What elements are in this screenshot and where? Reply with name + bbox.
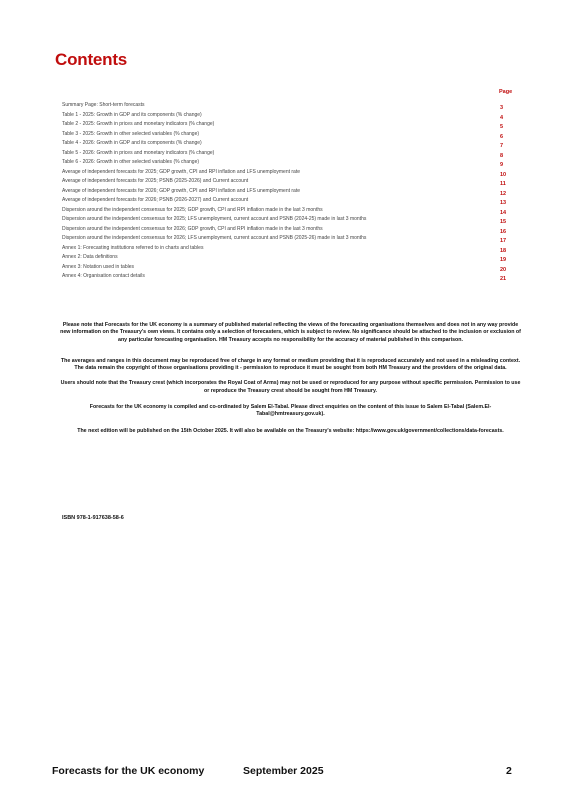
toc-entry[interactable]: Dispersion around the independent consen…: [62, 235, 522, 245]
note-contact[interactable]: Forecasts for the UK economy is compiled…: [58, 404, 523, 419]
note-copyright: The averages and ranges in this document…: [58, 358, 523, 373]
toc-entry-label[interactable]: Average of independent forecasts for 202…: [62, 178, 248, 184]
toc-entry-page[interactable]: 16: [500, 229, 514, 235]
footer-title: Forecasts for the UK economy: [52, 765, 204, 777]
toc-entry-label[interactable]: Annex 3: Notation used in tables: [62, 264, 134, 270]
toc-entry[interactable]: Table 3 - 2025: Growth in other selected…: [62, 131, 522, 141]
toc-entry-page[interactable]: 8: [500, 153, 514, 159]
toc-entry-label[interactable]: Table 2 - 2025: Growth in prices and mon…: [62, 121, 214, 127]
toc-entry-page[interactable]: 12: [500, 191, 514, 197]
toc-entry-label[interactable]: Table 5 - 2026: Growth in prices and mon…: [62, 150, 214, 156]
toc-entry[interactable]: Dispersion around the independent consen…: [62, 226, 522, 236]
toc-entry-label[interactable]: Dispersion around the independent consen…: [62, 226, 323, 232]
toc-entry-page[interactable]: 19: [500, 257, 514, 263]
note-disclaimer: Please note that Forecasts for the UK ec…: [58, 322, 523, 344]
toc-entry[interactable]: Dispersion around the independent consen…: [62, 207, 522, 217]
toc-entry[interactable]: Table 1 - 2025: Growth in GDP and its co…: [62, 112, 522, 122]
toc-entry-page[interactable]: 11: [500, 181, 514, 187]
toc-entry-page[interactable]: 5: [500, 124, 514, 130]
toc-entry[interactable]: Annex 4: Organisation contact details21: [62, 273, 522, 283]
toc-entry-label[interactable]: Table 6 - 2026: Growth in other selected…: [62, 159, 199, 165]
toc-entry[interactable]: Table 4 - 2026: Growth in GDP and its co…: [62, 140, 522, 150]
toc-entry-page[interactable]: 4: [500, 115, 514, 121]
toc-entry-label[interactable]: Table 3 - 2025: Growth in other selected…: [62, 131, 199, 137]
toc-entry-label[interactable]: Average of independent forecasts for 202…: [62, 188, 300, 194]
toc-entry[interactable]: Average of independent forecasts for 202…: [62, 197, 522, 207]
toc-entry[interactable]: Table 6 - 2026: Growth in other selected…: [62, 159, 522, 169]
toc-entry-page[interactable]: 17: [500, 238, 514, 244]
toc-entry-label[interactable]: Dispersion around the independent consen…: [62, 207, 323, 213]
toc-entry[interactable]: Average of independent forecasts for 202…: [62, 188, 522, 198]
toc-entry[interactable]: Table 5 - 2026: Growth in prices and mon…: [62, 150, 522, 160]
toc-entry[interactable]: Summary Page: Short-term forecasts3: [62, 102, 522, 112]
footer-page-number: 2: [506, 765, 512, 777]
page-column-header: Page: [499, 89, 512, 95]
toc-entry-label[interactable]: Average of independent forecasts for 202…: [62, 169, 300, 175]
toc-entry-page[interactable]: 13: [500, 200, 514, 206]
toc-entry-label[interactable]: Annex 2: Data definitions: [62, 254, 118, 260]
toc-entry-label[interactable]: Dispersion around the independent consen…: [62, 216, 366, 222]
toc-entry[interactable]: Average of independent forecasts for 202…: [62, 169, 522, 179]
footer-date: September 2025: [243, 765, 324, 777]
toc-entry-page[interactable]: 18: [500, 248, 514, 254]
toc-entry[interactable]: Annex 3: Notation used in tables20: [62, 264, 522, 274]
toc-entry-page[interactable]: 3: [500, 105, 514, 111]
note-crest: Users should note that the Treasury cres…: [58, 380, 523, 395]
toc-entry-label[interactable]: Dispersion around the independent consen…: [62, 235, 366, 241]
page-title: Contents: [55, 50, 127, 70]
toc-entry[interactable]: Table 2 - 2025: Growth in prices and mon…: [62, 121, 522, 131]
toc-entry-page[interactable]: 14: [500, 210, 514, 216]
disclaimer-notes: Please note that Forecasts for the UK ec…: [58, 322, 523, 444]
note-next-edition[interactable]: The next edition will be published on th…: [58, 428, 523, 435]
toc-entry-label[interactable]: Annex 1: Forecasting institutions referr…: [62, 245, 203, 251]
toc-entry-page[interactable]: 10: [500, 172, 514, 178]
toc-entry[interactable]: Dispersion around the independent consen…: [62, 216, 522, 226]
toc-entry-label[interactable]: Summary Page: Short-term forecasts: [62, 102, 145, 108]
table-of-contents: Summary Page: Short-term forecasts3Table…: [62, 102, 522, 283]
toc-entry-page[interactable]: 20: [500, 267, 514, 273]
toc-entry[interactable]: Annex 2: Data definitions19: [62, 254, 522, 264]
toc-entry-label[interactable]: Table 4 - 2026: Growth in GDP and its co…: [62, 140, 202, 146]
toc-entry[interactable]: Annex 1: Forecasting institutions referr…: [62, 245, 522, 255]
toc-entry-page[interactable]: 7: [500, 143, 514, 149]
toc-entry-page[interactable]: 21: [500, 276, 514, 282]
toc-entry-label[interactable]: Table 1 - 2025: Growth in GDP and its co…: [62, 112, 202, 118]
toc-entry-page[interactable]: 15: [500, 219, 514, 225]
toc-entry[interactable]: Average of independent forecasts for 202…: [62, 178, 522, 188]
toc-entry-page[interactable]: 6: [500, 134, 514, 140]
toc-entry-label[interactable]: Annex 4: Organisation contact details: [62, 273, 145, 279]
toc-entry-page[interactable]: 9: [500, 162, 514, 168]
isbn: ISBN 978-1-917638-58-6: [62, 515, 124, 521]
toc-entry-label[interactable]: Average of independent forecasts for 202…: [62, 197, 248, 203]
